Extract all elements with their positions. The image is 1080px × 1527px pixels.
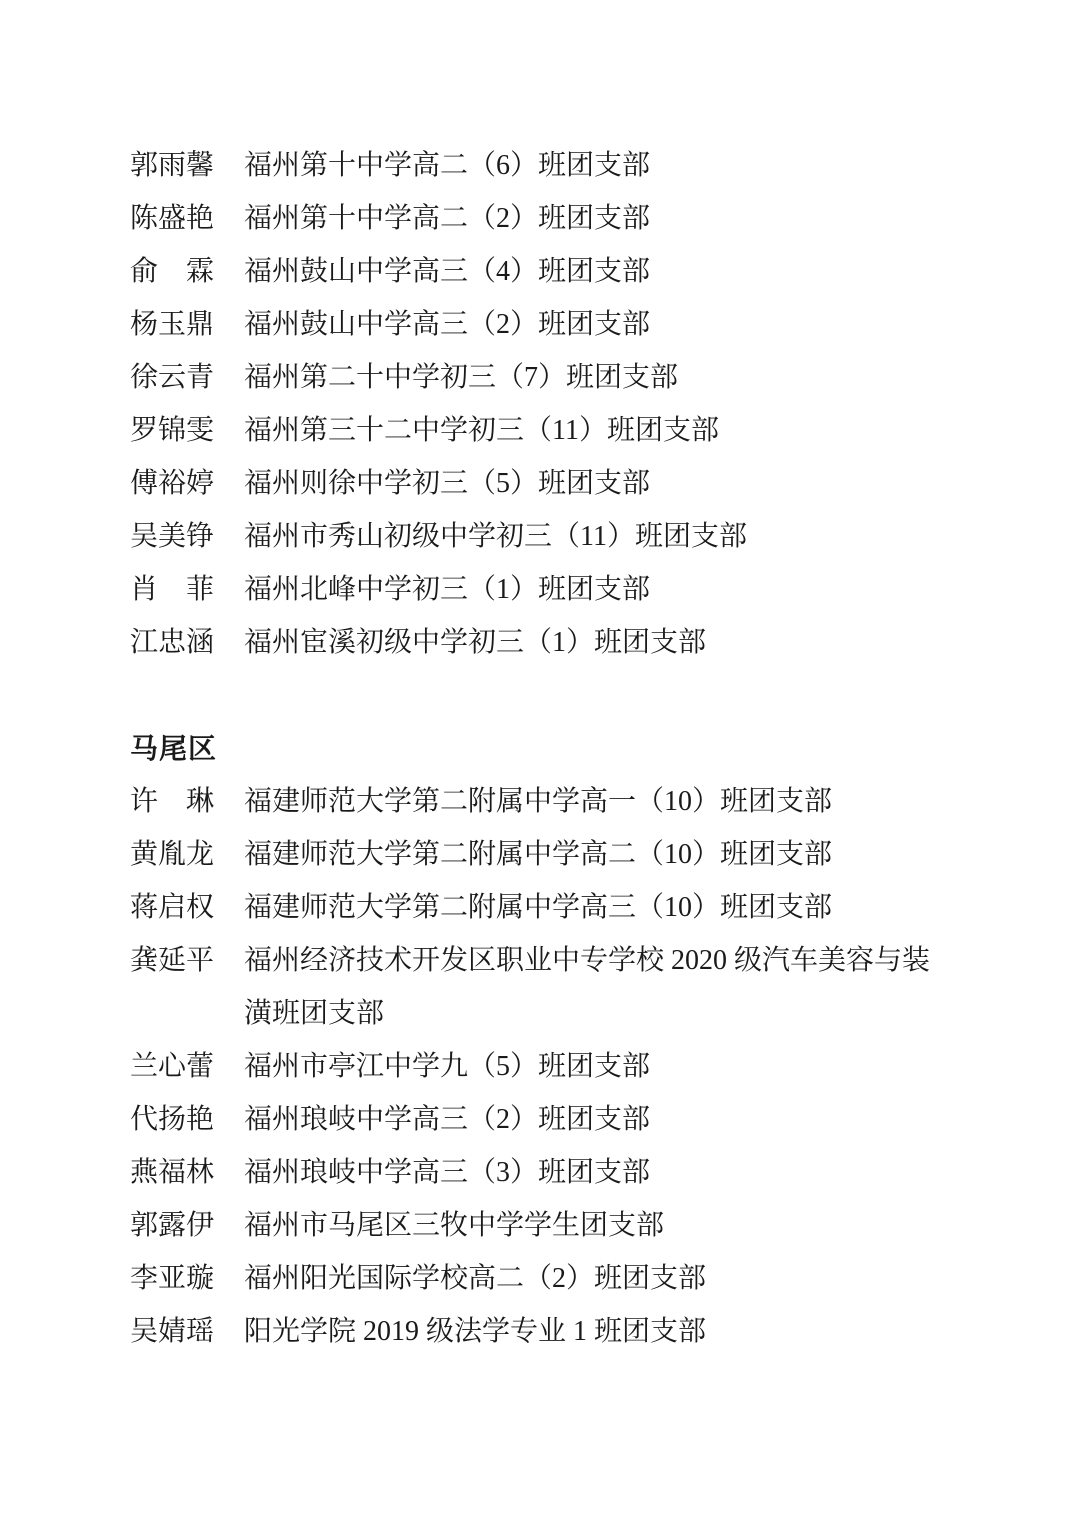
org-name: 福州市秀山初级中学初三（11）班团支部: [244, 510, 952, 563]
list-entry: 蒋启权福建师范大学第二附属中学高三（10）班团支部: [130, 881, 970, 934]
person-name: 代扬艳: [130, 1093, 215, 1146]
person-name: 杨玉鼎: [130, 298, 215, 351]
list-entry: 兰心蕾福州市亭江中学九（5）班团支部: [130, 1040, 970, 1093]
person-name: 徐云青: [130, 351, 215, 404]
org-name: 福州第三十二中学初三（11）班团支部: [244, 404, 952, 457]
list-entry: 龚延平福州经济技术开发区职业中专学校 2020 级汽车美容与装 潢班团支部: [130, 934, 970, 1040]
list-entry: 江忠涵福州宦溪初级中学初三（1）班团支部: [130, 616, 970, 669]
list-entry: 郭露伊福州市马尾区三牧中学学生团支部: [130, 1199, 970, 1252]
person-name: 吴美铮: [130, 510, 215, 563]
person-name: 蒋启权: [130, 881, 215, 934]
list-entry: 罗锦雯福州第三十二中学初三（11）班团支部: [130, 404, 970, 457]
person-name: 黄胤龙: [130, 828, 215, 881]
list-entry: 黄胤龙福建师范大学第二附属中学高二（10）班团支部: [130, 828, 970, 881]
org-name: 福州则徐中学初三（5）班团支部: [244, 457, 952, 510]
org-name: 阳光学院 2019 级法学专业 1 班团支部: [244, 1305, 952, 1358]
section-mawei-district: 马尾区 许 琳福建师范大学第二附属中学高一（10）班团支部 黄胤龙福建师范大学第…: [130, 722, 970, 1358]
person-name: 郭露伊: [130, 1199, 215, 1252]
document-content: 郭雨馨福州第十中学高二（6）班团支部 陈盛艳福州第十中学高二（2）班团支部 俞 …: [130, 139, 970, 1358]
list-entry: 吴婧瑶阳光学院 2019 级法学专业 1 班团支部: [130, 1305, 970, 1358]
org-name: 福州经济技术开发区职业中专学校 2020 级汽车美容与装 潢班团支部: [244, 934, 952, 1040]
person-name: 罗锦雯: [130, 404, 215, 457]
person-name: 肖 菲: [130, 563, 215, 616]
org-name: 福建师范大学第二附属中学高三（10）班团支部: [244, 881, 952, 934]
person-name: 李亚璇: [130, 1252, 215, 1305]
person-name: 兰心蕾: [130, 1040, 215, 1093]
list-entry: 吴美铮福州市秀山初级中学初三（11）班团支部: [130, 510, 970, 563]
list-entry: 郭雨馨福州第十中学高二（6）班团支部: [130, 139, 970, 192]
list-entry: 代扬艳福州琅岐中学高三（2）班团支部: [130, 1093, 970, 1146]
person-name: 吴婧瑶: [130, 1305, 215, 1358]
section-unnamed-district: 郭雨馨福州第十中学高二（6）班团支部 陈盛艳福州第十中学高二（2）班团支部 俞 …: [130, 139, 970, 669]
person-name: 郭雨馨: [130, 139, 215, 192]
list-entry: 傅裕婷福州则徐中学初三（5）班团支部: [130, 457, 970, 510]
org-name: 福建师范大学第二附属中学高二（10）班团支部: [244, 828, 952, 881]
org-name: 福州市亭江中学九（5）班团支部: [244, 1040, 952, 1093]
list-entry: 杨玉鼎福州鼓山中学高三（2）班团支部: [130, 298, 970, 351]
org-name: 福州鼓山中学高三（4）班团支部: [244, 245, 952, 298]
person-name: 龚延平: [130, 934, 215, 987]
list-entry: 许 琳福建师范大学第二附属中学高一（10）班团支部: [130, 775, 970, 828]
org-name: 福州琅岐中学高三（2）班团支部: [244, 1093, 952, 1146]
org-name: 福州阳光国际学校高二（2）班团支部: [244, 1252, 952, 1305]
person-name: 陈盛艳: [130, 192, 215, 245]
org-name: 福州第二十中学初三（7）班团支部: [244, 351, 952, 404]
org-name: 福州北峰中学初三（1）班团支部: [244, 563, 952, 616]
org-name: 福州第十中学高二（6）班团支部: [244, 139, 952, 192]
org-name: 福建师范大学第二附属中学高一（10）班团支部: [244, 775, 952, 828]
list-entry: 燕福林福州琅岐中学高三（3）班团支部: [130, 1146, 970, 1199]
person-name: 江忠涵: [130, 616, 215, 669]
org-name: 福州琅岐中学高三（3）班团支部: [244, 1146, 952, 1199]
person-name: 燕福林: [130, 1146, 215, 1199]
org-name: 福州鼓山中学高三（2）班团支部: [244, 298, 952, 351]
person-name: 俞 霖: [130, 245, 215, 298]
list-entry: 徐云青福州第二十中学初三（7）班团支部: [130, 351, 970, 404]
section-heading-mawei: 马尾区: [130, 722, 970, 775]
list-entry: 俞 霖福州鼓山中学高三（4）班团支部: [130, 245, 970, 298]
document-page: 郭雨馨福州第十中学高二（6）班团支部 陈盛艳福州第十中学高二（2）班团支部 俞 …: [0, 0, 1080, 1527]
list-entry: 肖 菲福州北峰中学初三（1）班团支部: [130, 563, 970, 616]
list-entry: 陈盛艳福州第十中学高二（2）班团支部: [130, 192, 970, 245]
list-entry: 李亚璇福州阳光国际学校高二（2）班团支部: [130, 1252, 970, 1305]
person-name: 许 琳: [130, 775, 215, 828]
person-name: 傅裕婷: [130, 457, 215, 510]
org-name: 福州市马尾区三牧中学学生团支部: [244, 1199, 952, 1252]
org-name: 福州第十中学高二（2）班团支部: [244, 192, 952, 245]
org-name: 福州宦溪初级中学初三（1）班团支部: [244, 616, 952, 669]
